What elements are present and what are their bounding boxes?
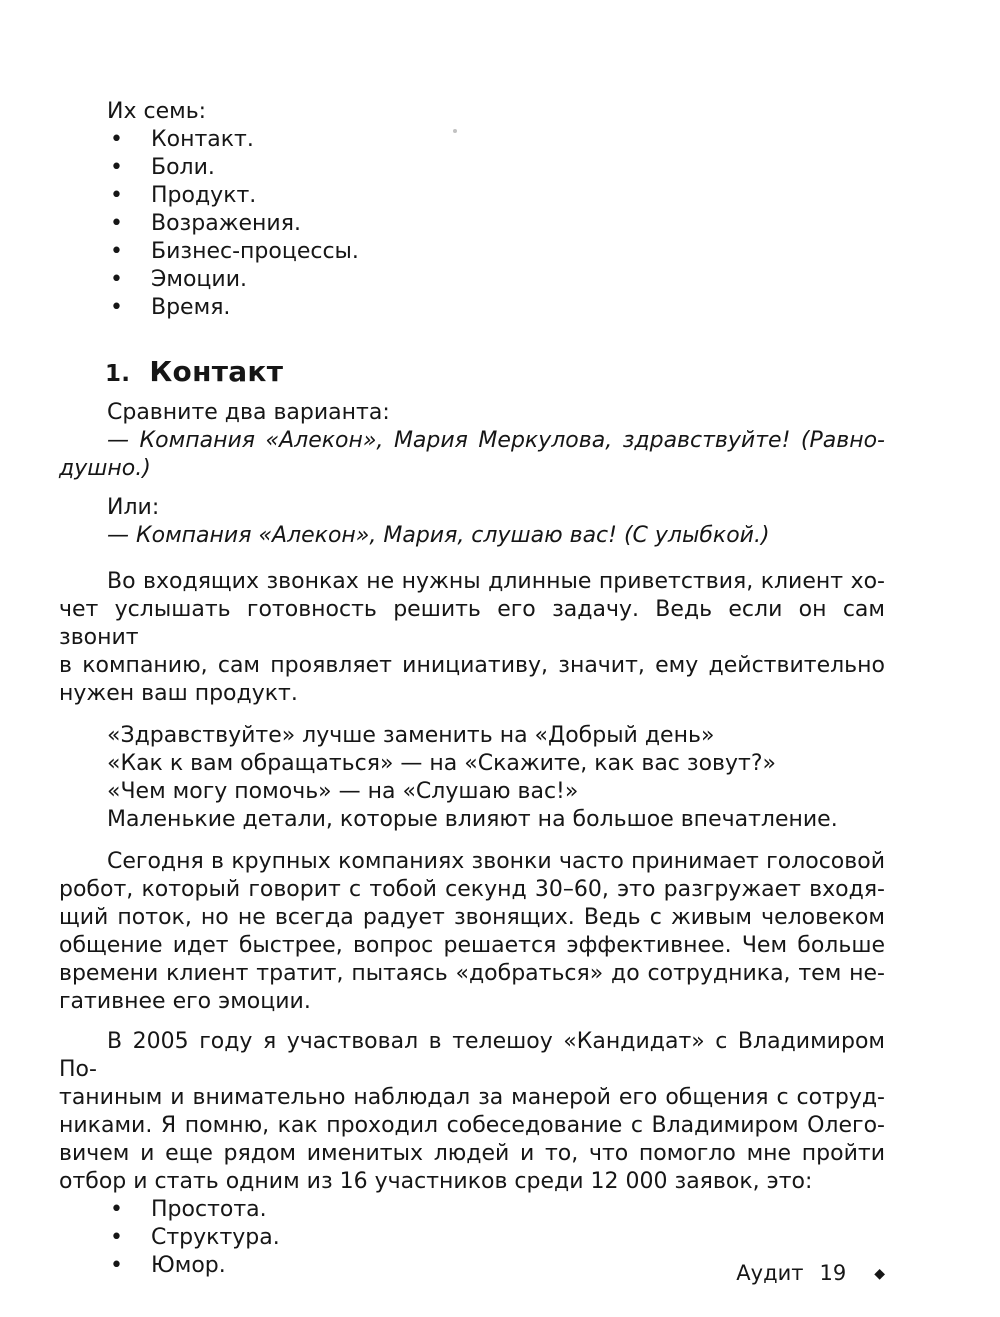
- page-footer: Аудит19◆: [59, 1259, 885, 1288]
- or-label-line: Или:: [59, 494, 885, 522]
- text-line: общение идет быстрее, вопрос решается эф…: [59, 932, 885, 960]
- text-line: Маленькие детали, которые влияют на боль…: [59, 806, 885, 834]
- paragraph-greeting-replacements: «Здравствуйте» лучше заменить на «Добрый…: [59, 722, 885, 834]
- scan-speck: [453, 129, 457, 133]
- dialogue-variant1-continuation: душно.): [59, 455, 885, 483]
- list-item-label: Простота.: [151, 1197, 267, 1222]
- list-item: • Структура.: [59, 1224, 885, 1252]
- bullet-icon: •: [110, 1196, 123, 1224]
- list-item: • Продукт.: [59, 182, 885, 210]
- book-page: Их семь: • Контакт. • Боли. • Продукт. •…: [0, 0, 1000, 1317]
- text-line: чет услышать готовность решить его задач…: [59, 596, 885, 652]
- text-line: «Здравствуйте» лучше заменить на «Добрый…: [59, 722, 885, 750]
- text-line: «Как к вам обращаться» — на «Скажите, ка…: [59, 750, 885, 778]
- bullet-icon: •: [110, 126, 123, 154]
- list-item-label: Возражения.: [151, 211, 301, 236]
- list-item: • Бизнес-процессы.: [59, 238, 885, 266]
- paragraph-incoming-calls: Во входящих звонках не нужны длинные при…: [59, 568, 885, 708]
- paragraph-kandidat-show: В 2005 году я участвовал в телешоу «Канд…: [59, 1028, 885, 1196]
- text-line: времени клиент тратит, пытаясь «добратьс…: [59, 960, 885, 988]
- text-line: Сегодня в крупных компаниях звонки часто…: [59, 848, 885, 876]
- heading-number: 1.: [105, 361, 130, 387]
- list-item: • Простота.: [59, 1196, 885, 1224]
- list-item: • Боли.: [59, 154, 885, 182]
- bullet-icon: •: [110, 294, 123, 322]
- page-content: Их семь: • Контакт. • Боли. • Продукт. •…: [59, 98, 885, 1280]
- bullet-icon: •: [110, 238, 123, 266]
- text-line: щий поток, но не всегда радует звонящих.…: [59, 904, 885, 932]
- text-line: нужен ваш продукт.: [59, 680, 885, 708]
- text-line: Во входящих звонках не нужны длинные при…: [59, 568, 885, 596]
- diamond-icon: ◆: [874, 1266, 885, 1282]
- bullet-icon: •: [110, 182, 123, 210]
- heading-title: Контакт: [149, 355, 283, 388]
- list-item: • Эмоции.: [59, 266, 885, 294]
- text-line: гативнее его эмоции.: [59, 988, 885, 1016]
- list-item-label: Эмоции.: [151, 267, 247, 292]
- bullet-icon: •: [110, 154, 123, 182]
- bullet-icon: •: [110, 1224, 123, 1252]
- dialogue-variant1-line: — Компания «Алекон», Мария Меркулова, зд…: [59, 427, 885, 455]
- list-item: • Время.: [59, 294, 885, 322]
- section-heading: 1.Контакт: [59, 354, 885, 392]
- text-line: таниным и внимательно наблюдал за манеро…: [59, 1084, 885, 1112]
- list-item-label: Боли.: [151, 155, 215, 180]
- list-item: • Контакт.: [59, 126, 885, 154]
- page-number: 19: [819, 1261, 846, 1285]
- list-item-label: Структура.: [151, 1225, 280, 1250]
- text-line: вичем и еще рядом именитых людей и то, ч…: [59, 1140, 885, 1168]
- list-item-label: Продукт.: [151, 183, 256, 208]
- bullet-icon: •: [110, 210, 123, 238]
- paragraph-voice-robot: Сегодня в крупных компаниях звонки часто…: [59, 848, 885, 1016]
- text-line: «Чем могу помочь» — на «Слушаю вас!»: [59, 778, 885, 806]
- text-line: в компанию, сам проявляет инициативу, зн…: [59, 652, 885, 680]
- compare-lead-line: Сравните два варианта:: [59, 399, 885, 427]
- text-line: никами. Я помню, как проходил собеседова…: [59, 1112, 885, 1140]
- text-line: В 2005 году я участвовал в телешоу «Канд…: [59, 1028, 885, 1084]
- list-item-label: Время.: [151, 295, 230, 320]
- text-line: отбор и стать одним из 16 участников сре…: [59, 1168, 885, 1196]
- running-title: Аудит: [736, 1261, 803, 1285]
- list-item-label: Бизнес-процессы.: [151, 239, 359, 264]
- intro-line: Их семь:: [59, 98, 885, 126]
- list-item-label: Контакт.: [151, 127, 254, 152]
- dialogue-variant2-line: — Компания «Алекон», Мария, слушаю вас! …: [59, 522, 885, 550]
- bullet-icon: •: [110, 266, 123, 294]
- text-line: робот, который говорит с тобой секунд 30…: [59, 876, 885, 904]
- seven-aspects-list: • Контакт. • Боли. • Продукт. • Возражен…: [59, 126, 885, 322]
- list-item: • Возражения.: [59, 210, 885, 238]
